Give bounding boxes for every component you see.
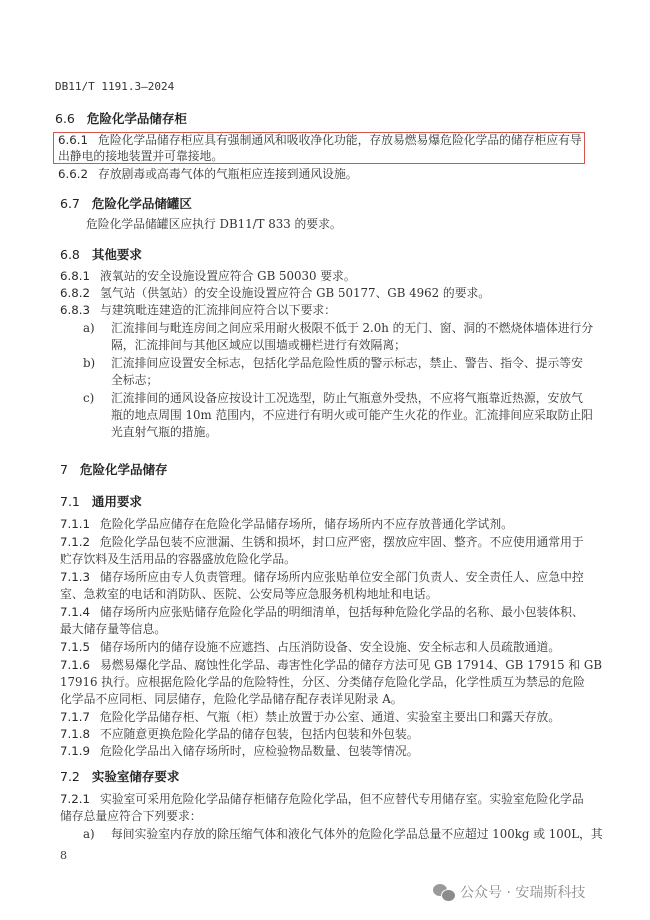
clause-number: 7.1.1: [60, 517, 90, 531]
clause-text: 实验室可采用危险化学品储存柜储存危险化学品，但不应替代专用储存室。实验室危险化学…: [100, 792, 584, 806]
clause-7-2-1: 7.2.1实验室可采用危险化学品储存柜储存危险化学品，但不应替代专用储存室。实验…: [60, 791, 584, 808]
document-page: DB11/T 1191.3—2024 6.6危险化学品储存柜 6.6.1危险化学…: [0, 0, 650, 920]
clause-number: 7.1.5: [60, 640, 90, 654]
clause-number: 7.1.2: [60, 535, 90, 549]
wechat-icon: [433, 884, 455, 900]
watermark-text: 公众号 · 安瑞斯科技: [460, 885, 585, 901]
section-heading-6-6: 6.6危险化学品储存柜: [55, 109, 187, 127]
clause-number: 7.1.6: [60, 658, 90, 672]
list-text: 每间实验室内存放的除压缩气体和液化气体外的危险化学品总量不应超过 100kg 或…: [111, 827, 603, 841]
clause-6-8-1: 6.8.1液氧站的安全设施设置应符合 GB 50030 要求。: [60, 268, 356, 285]
clause-7-1-6-cont: 17916 执行。应根据危险化学品的危险特性，分区、分类储存危险化学品，化学性质…: [60, 674, 585, 691]
list-item-a-cont: 隔，汇流排间与其他区域应以围墙或栅栏进行有效隔离；: [111, 337, 406, 354]
clause-text: 储存场所内的储存设施不应遮挡、占压消防设备、安全设施、安全标志和人员疏散通道。: [100, 640, 560, 654]
section-6-7-body: 危险化学品储罐区应执行 DB11/T 833 的要求。: [86, 216, 342, 233]
section-heading-7-2: 7.2实验室储存要求: [60, 767, 179, 785]
list-label: b): [83, 355, 111, 372]
clause-6-6-1: 6.6.1危险化学品储存柜应具有强制通风和吸收净化功能，存放易燃易爆危险化学品的…: [58, 132, 582, 149]
clause-number: 6.6.1: [58, 133, 88, 147]
clause-7-1-2-cont: 贮存饮料及生活用品的容器盛放危险化学品。: [60, 551, 296, 568]
section-number: 7: [60, 462, 68, 477]
clause-7-1-7: 7.1.7危险化学品储存柜、气瓶（柜）禁止放置于办公室、通道、实验室主要出口和露…: [60, 709, 560, 726]
section-number: 7.1: [60, 494, 80, 509]
clause-7-1-8: 7.1.8不应随意更换危险化学品的储存包装，包括内包装和外包装。: [60, 726, 419, 743]
section-title: 其他要求: [92, 247, 142, 262]
clause-7-1-3: 7.1.3储存场所应由专人负责管理。储存场所内应张贴单位安全部门负责人、安全责任…: [60, 569, 584, 586]
section-number: 7.2: [60, 769, 80, 784]
clause-text: 危险化学品包装不应泄漏、生锈和损坏，封口应严密，摆放应牢固、整齐。不应使用通常用…: [100, 535, 584, 549]
clause-number: 7.1.7: [60, 710, 90, 724]
clause-text: 危险化学品应储存在危险化学品储存场所，储存场所内不应存放普通化学试剂。: [100, 517, 513, 531]
clause-text: 危险化学品出入储存场所时，应检验物品数量、包装等情况。: [100, 744, 419, 758]
clause-7-1-1: 7.1.1危险化学品应储存在危险化学品储存场所，储存场所内不应存放普通化学试剂。: [60, 516, 513, 533]
clause-number: 7.1.3: [60, 570, 90, 584]
clause-7-1-3-cont: 室、急救室的电话和消防队、医院、公安局等应急服务机构地址和电话。: [60, 586, 438, 603]
clause-text: 储存场所内应张贴储存危险化学品的明细清单，包括每种危险化学品的名称、最小包装体积…: [100, 605, 584, 619]
list-label: a): [83, 320, 111, 337]
clause-text: 储存场所应由专人负责管理。储存场所内应张贴单位安全部门负责人、安全责任人、应急中…: [100, 570, 584, 584]
list-label: c): [83, 390, 111, 407]
clause-6-6-2: 6.6.2存放剧毒或高毒气体的气瓶柜应连接到通风设施。: [58, 166, 358, 183]
section-title: 通用要求: [92, 494, 142, 509]
clause-7-1-5: 7.1.5储存场所内的储存设施不应遮挡、占压消防设备、安全设施、安全标志和人员疏…: [60, 639, 560, 656]
section-number: 6.7: [60, 196, 80, 211]
clause-text: 易燃易爆化学品、腐蚀性化学品、毒害性化学品的储存方法可见 GB 17914、GB…: [100, 658, 602, 672]
clause-text: 危险化学品储存柜应具有强制通风和吸收净化功能，存放易燃易爆危险化学品的储存柜应有…: [98, 133, 582, 147]
clause-6-8-2: 6.8.2氢气站（供氢站）的安全设施设置应符合 GB 50177、GB 4962…: [60, 285, 490, 302]
clause-number: 6.8.1: [60, 269, 90, 283]
list-item-b-cont: 全标志；: [111, 372, 158, 389]
clause-7-1-2: 7.1.2危险化学品包装不应泄漏、生锈和损坏，封口应严密，摆放应牢固、整齐。不应…: [60, 534, 584, 551]
section-number: 6.6: [55, 111, 75, 126]
list-item-a: a)每间实验室内存放的除压缩气体和液化气体外的危险化学品总量不应超过 100kg…: [83, 826, 603, 843]
clause-number: 7.1.9: [60, 744, 90, 758]
clause-text: 不应随意更换危险化学品的储存包装，包括内包装和外包装。: [100, 727, 419, 741]
clause-7-1-6-cont2: 化学品不应同柜、同层储存，危险化学品储存配存表详见附录 A。: [60, 691, 403, 708]
section-title: 危险化学品储罐区: [92, 196, 192, 211]
watermark: 公众号 · 安瑞斯科技: [433, 882, 585, 902]
clause-text: 氢气站（供氢站）的安全设施设置应符合 GB 50177、GB 4962 的要求。: [100, 286, 490, 300]
clause-number: 7.2.1: [60, 792, 90, 806]
clause-number: 7.1.8: [60, 727, 90, 741]
clause-text: 液氧站的安全设施设置应符合 GB 50030 要求。: [100, 269, 356, 283]
section-title: 危险化学品储存: [80, 462, 168, 477]
clause-number: 6.6.2: [58, 167, 88, 181]
list-text: 汇流排间与毗连房间之间应采用耐火极限不低于 2.0h 的无门、窗、洞的不燃烧体墙…: [111, 321, 593, 335]
clause-7-1-9: 7.1.9危险化学品出入储存场所时，应检验物品数量、包装等情况。: [60, 743, 419, 760]
section-heading-6-8: 6.8其他要求: [60, 245, 142, 263]
clause-number: 6.8.2: [60, 286, 90, 300]
clause-text: 与建筑毗连建造的汇流排间应符合以下要求：: [100, 303, 336, 317]
clause-7-2-1-cont: 储存总量应符合下列要求：: [60, 808, 202, 825]
clause-number: 7.1.4: [60, 605, 90, 619]
list-label: a): [83, 826, 111, 843]
clause-6-8-3: 6.8.3与建筑毗连建造的汇流排间应符合以下要求：: [60, 302, 336, 319]
document-code: DB11/T 1191.3—2024: [55, 80, 174, 93]
section-title: 危险化学品储存柜: [87, 111, 187, 126]
section-number: 6.8: [60, 247, 80, 262]
section-title: 实验室储存要求: [92, 769, 180, 784]
section-heading-6-7: 6.7危险化学品储罐区: [60, 194, 192, 212]
clause-7-1-4-cont: 最大储存量等信息。: [60, 621, 166, 638]
list-item-c-cont2: 光直射气瓶的措施。: [111, 424, 217, 441]
clause-7-1-4: 7.1.4储存场所内应张贴储存危险化学品的明细清单，包括每种危险化学品的名称、最…: [60, 604, 584, 621]
clause-text: 存放剧毒或高毒气体的气瓶柜应连接到通风设施。: [98, 167, 358, 181]
page-number: 8: [60, 849, 67, 862]
chapter-heading-7: 7危险化学品储存: [60, 460, 167, 478]
list-item-c-cont: 瓶的地点周围 10m 范围内，不应进行有明火或可能产生火花的作业。汇流排间应采取…: [111, 407, 593, 424]
list-text: 汇流排间的通风设备应按设计工况选型，防止气瓶意外受热，不应将气瓶靠近热源，安放气: [111, 391, 583, 405]
list-item-c: c)汇流排间的通风设备应按设计工况选型，防止气瓶意外受热，不应将气瓶靠近热源，安…: [83, 390, 583, 407]
clause-text: 危险化学品储存柜、气瓶（柜）禁止放置于办公室、通道、实验室主要出口和露天存放。: [100, 710, 560, 724]
clause-7-1-6: 7.1.6易燃易爆化学品、腐蚀性化学品、毒害性化学品的储存方法可见 GB 179…: [60, 657, 602, 674]
list-text: 汇流排间应设置安全标志，包括化学品危险性质的警示标志，禁止、警告、指令、提示等安: [111, 356, 583, 370]
section-heading-7-1: 7.1通用要求: [60, 492, 142, 510]
list-item-a: a)汇流排间与毗连房间之间应采用耐火极限不低于 2.0h 的无门、窗、洞的不燃烧…: [83, 320, 593, 337]
list-item-b: b)汇流排间应设置安全标志，包括化学品危险性质的警示标志，禁止、警告、指令、提示…: [83, 355, 583, 372]
clause-6-6-1-cont: 出静电的接地装置并可靠接地。: [58, 148, 223, 165]
clause-number: 6.8.3: [60, 303, 90, 317]
